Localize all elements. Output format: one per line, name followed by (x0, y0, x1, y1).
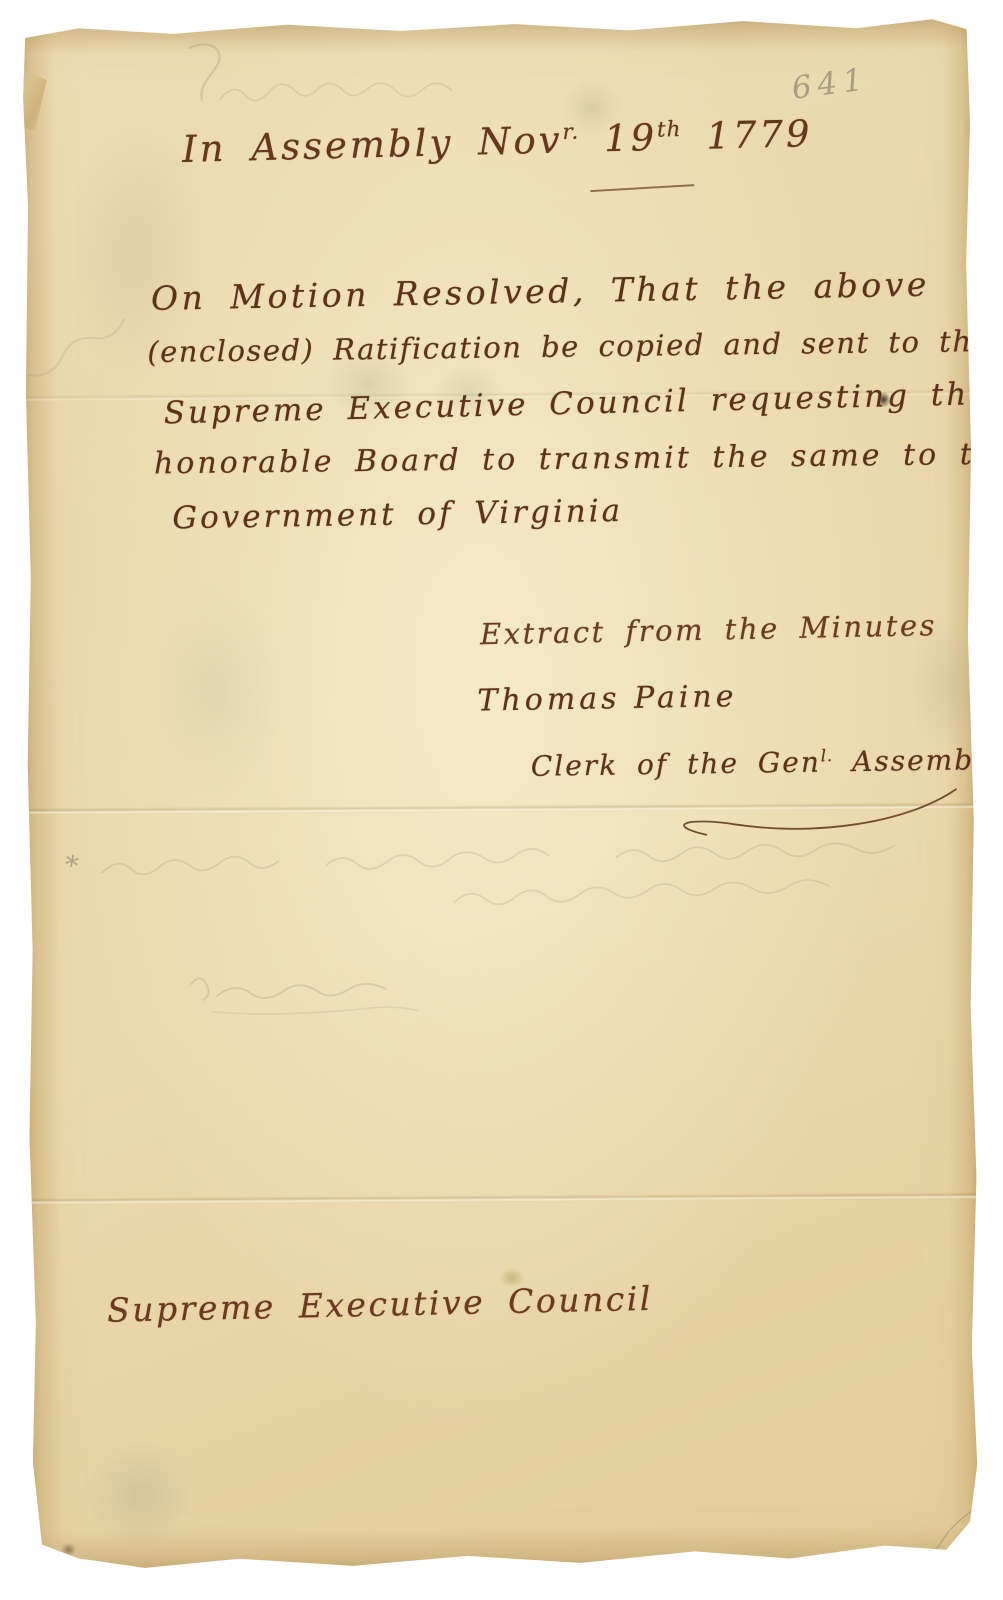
pencil-page-number: 641 (790, 61, 871, 107)
heading-date-line: In Assembly Novr. 19th 1779 (182, 112, 813, 171)
resolution-line: honorable Board to transmit the same to … (154, 437, 1003, 482)
faint-pencil-mark (171, 36, 241, 110)
resolution-line: (enclosed) Ratification be copied and se… (147, 324, 991, 369)
paper-crack (910, 1503, 980, 1563)
resolution-line: Government of Virginia (172, 493, 623, 536)
docket-addressee: Supreme Executive Council (107, 1279, 653, 1330)
faint-pencil-margin-note (0, 297, 148, 410)
signature-flourish (646, 783, 966, 841)
faint-pencil-word (177, 966, 427, 1026)
heading-day: 19 (579, 116, 658, 161)
underline-flourish (590, 184, 694, 192)
dog-ear-corner (21, 69, 47, 131)
clerk-title-superscript: l. (821, 746, 834, 765)
heading-superscript-r: r. (562, 120, 579, 145)
scanned-document: In Assembly Novr. 19th 1779 On Motion Re… (0, 0, 1003, 1600)
fold-crease (28, 1192, 977, 1205)
fold-crease (26, 802, 975, 815)
resolution-line: Supreme Executive Council requesting tha… (163, 376, 1003, 432)
heading-superscript-th: th (657, 117, 682, 143)
resolution-line: On Motion Resolved, That the above (151, 265, 931, 318)
extract-line: Extract from the Minutes (480, 608, 938, 651)
signature-thomas-paine: Thomas Paine (477, 679, 738, 718)
faint-pencil-annotation (96, 837, 966, 886)
stain (145, 579, 286, 800)
clerk-title-text2: Assembly (833, 743, 1003, 779)
clerk-title-line: Clerk of the Genl. Assembly (531, 743, 1003, 783)
heading-year: 1779 (681, 112, 813, 158)
pencil-asterisk: * (62, 850, 81, 883)
faint-pencil-annotation (212, 58, 492, 120)
clerk-title-text: Clerk of the Gen (531, 746, 822, 783)
manuscript-page: In Assembly Novr. 19th 1779 On Motion Re… (21, 15, 979, 1571)
stain (85, 1440, 196, 1551)
heading-text: In Assembly Nov (182, 118, 564, 171)
pencil-smudge (61, 1543, 77, 1557)
faint-pencil-annotation (447, 873, 937, 916)
